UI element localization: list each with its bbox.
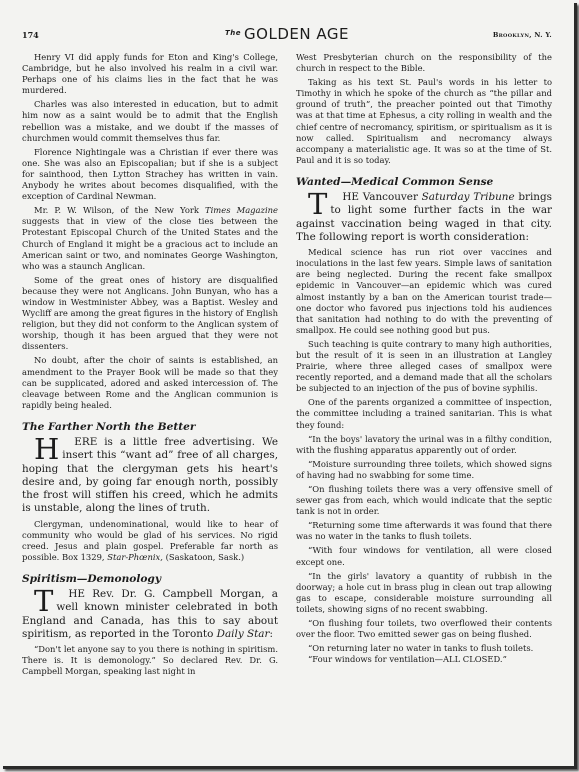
text: (Saskatoon, Sask.) bbox=[163, 552, 244, 562]
drop-cap: T bbox=[22, 589, 53, 613]
paragraph: No doubt, after the choir of saints is e… bbox=[22, 355, 278, 410]
section-title-medical: Wanted—Medical Common Sense bbox=[296, 176, 552, 189]
text: : bbox=[269, 628, 273, 640]
text: HE Vancouver bbox=[342, 191, 421, 203]
paragraph: Henry VI did apply funds for Eton and Ki… bbox=[22, 52, 278, 96]
quote-paragraph: “Don't let anyone say to you there is no… bbox=[22, 644, 278, 677]
text: suggests that in view of the close ties … bbox=[22, 216, 278, 270]
report-item: “Four windows for ventilation—ALL CLOSED… bbox=[296, 654, 552, 665]
paragraph: West Presbyterian church on the responsi… bbox=[296, 52, 552, 74]
paragraph: Such teaching is quite contrary to many … bbox=[296, 339, 552, 394]
lead-paragraph: HERE is a little free advertising. We in… bbox=[22, 436, 278, 516]
report-item: “In the boys' lavatory the urinal was in… bbox=[296, 434, 552, 456]
publication-name: Star-Phœnix, bbox=[107, 552, 163, 562]
report-item: “On returning later no water in tanks to… bbox=[296, 643, 552, 654]
report-item: “Moisture surrounding three toilets, whi… bbox=[296, 459, 552, 481]
left-column: Henry VI did apply funds for Eton and Ki… bbox=[22, 52, 278, 681]
lead-paragraph: THE Vancouver Saturday Tribune brings to… bbox=[296, 191, 552, 244]
report-item: “Returning some time afterwards it was f… bbox=[296, 520, 552, 542]
report-item: “With four windows for ventilation, all … bbox=[296, 545, 552, 567]
paragraph: Medical science has run riot over vaccin… bbox=[296, 247, 552, 336]
section-title-farther-north: The Farther North the Better bbox=[22, 421, 278, 434]
section-title-spiritism: Spiritism—Demonology bbox=[22, 573, 278, 586]
text: Mr. P. W. Wilson, of the New York bbox=[34, 205, 205, 215]
masthead: TheGOLDEN AGE bbox=[22, 25, 552, 43]
page-header: 174 TheGOLDEN AGE Brooklyn, N. Y. bbox=[22, 28, 552, 44]
text: ERE is a little free advertising. We ins… bbox=[22, 436, 278, 514]
masthead-title: GOLDEN AGE bbox=[244, 25, 349, 43]
right-column: West Presbyterian church on the responsi… bbox=[296, 52, 552, 668]
paragraph-wilson: Mr. P. W. Wilson, of the New York Times … bbox=[22, 205, 278, 272]
paragraph: Florence Nightingale was a Christian if … bbox=[22, 147, 278, 202]
paragraph: One of the parents organized a committee… bbox=[296, 397, 552, 430]
masthead-prefix: The bbox=[225, 29, 241, 37]
paragraph: Charles was also interested in education… bbox=[22, 99, 278, 143]
publication-name: Daily Star bbox=[217, 628, 270, 640]
report-item: “On flushing four toilets, two overflowe… bbox=[296, 618, 552, 640]
location: Brooklyn, N. Y. bbox=[493, 31, 552, 39]
paragraph: Some of the great ones of history are di… bbox=[22, 275, 278, 353]
report-item: “In the girls' lavatory a quantity of ru… bbox=[296, 571, 552, 615]
publication-name: Times Magazine bbox=[205, 205, 278, 215]
lead-paragraph: THE Rev. Dr. G. Campbell Morgan, a well … bbox=[22, 588, 278, 641]
publication-name: Saturday Tribune bbox=[422, 191, 515, 203]
magazine-page: 174 TheGOLDEN AGE Brooklyn, N. Y. Henry … bbox=[0, 0, 574, 766]
paragraph: Taking as his text St. Paul's words in h… bbox=[296, 77, 552, 166]
drop-cap: H bbox=[22, 437, 59, 461]
want-ad: Clergyman, undenominational, would like … bbox=[22, 519, 278, 563]
report-item: “On flushing toilets there was a very of… bbox=[296, 484, 552, 517]
drop-cap: T bbox=[296, 192, 327, 216]
